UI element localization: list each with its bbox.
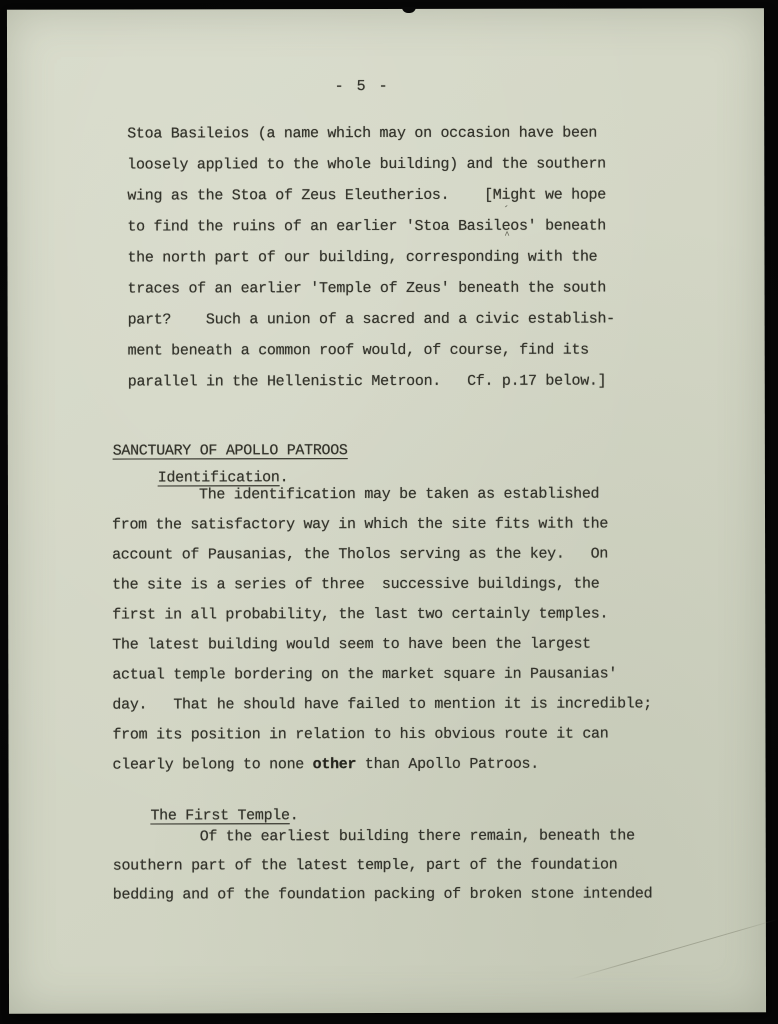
handwritten-insertion-caret: ˄ [504,230,509,240]
text-line: from the satisfactory way in which the s… [112,509,652,540]
text-line: first in all probability, the last two c… [112,599,652,630]
text-line: southern part of the latest temple, part… [113,850,653,880]
text-line: to find the ruins of an earlier 'Stoa Ba… [127,211,614,243]
text-line: Stoa Basileios (a name which may on occa… [127,118,614,150]
paper-edge-nick [402,7,416,13]
first-temple-paragraph: Of the earliest building there remain, b… [113,821,653,909]
text-line: from its position in relation to his obv… [112,719,652,750]
text-line: part? Such a union of a sacred and a civ… [128,304,615,336]
text-line: loosely applied to the whole building) a… [127,149,614,181]
text-line: the site is a series of three successive… [112,569,652,600]
text-line: clearly belong to none other than Apollo… [113,749,653,780]
text-line: ment beneath a common roof would, of cou… [128,335,615,367]
identification-paragraph: The identification may be taken as estab… [112,479,652,780]
text-line: wing as the Stoa of Zeus Eleutherios. [M… [127,180,614,212]
document-page: - 5 - Stoa Basileios (a name which may o… [7,8,766,1014]
text-line: The identification may be taken as estab… [112,479,652,510]
paper-crease [571,919,778,980]
handwritten-insertion-mark: ´ [502,204,510,219]
text-line: Of the earliest building there remain, b… [113,821,653,851]
text-line: traces of an earlier 'Temple of Zeus' be… [128,273,615,305]
text-line: bedding and of the foundation packing of… [113,879,653,909]
text-line: account of Pausanias, the Tholos serving… [112,539,652,570]
text-line: The latest building would seem to have b… [112,629,652,660]
page-number: - 5 - [7,77,717,95]
text-line: day. That he should have failed to menti… [112,689,652,720]
text-line: the north part of our building, correspo… [127,242,614,274]
text-line: actual temple bordering on the market sq… [112,659,652,690]
text-line: parallel in the Hellenistic Metroon. Cf.… [128,366,615,398]
intro-paragraph: Stoa Basileios (a name which may on occa… [127,118,615,398]
